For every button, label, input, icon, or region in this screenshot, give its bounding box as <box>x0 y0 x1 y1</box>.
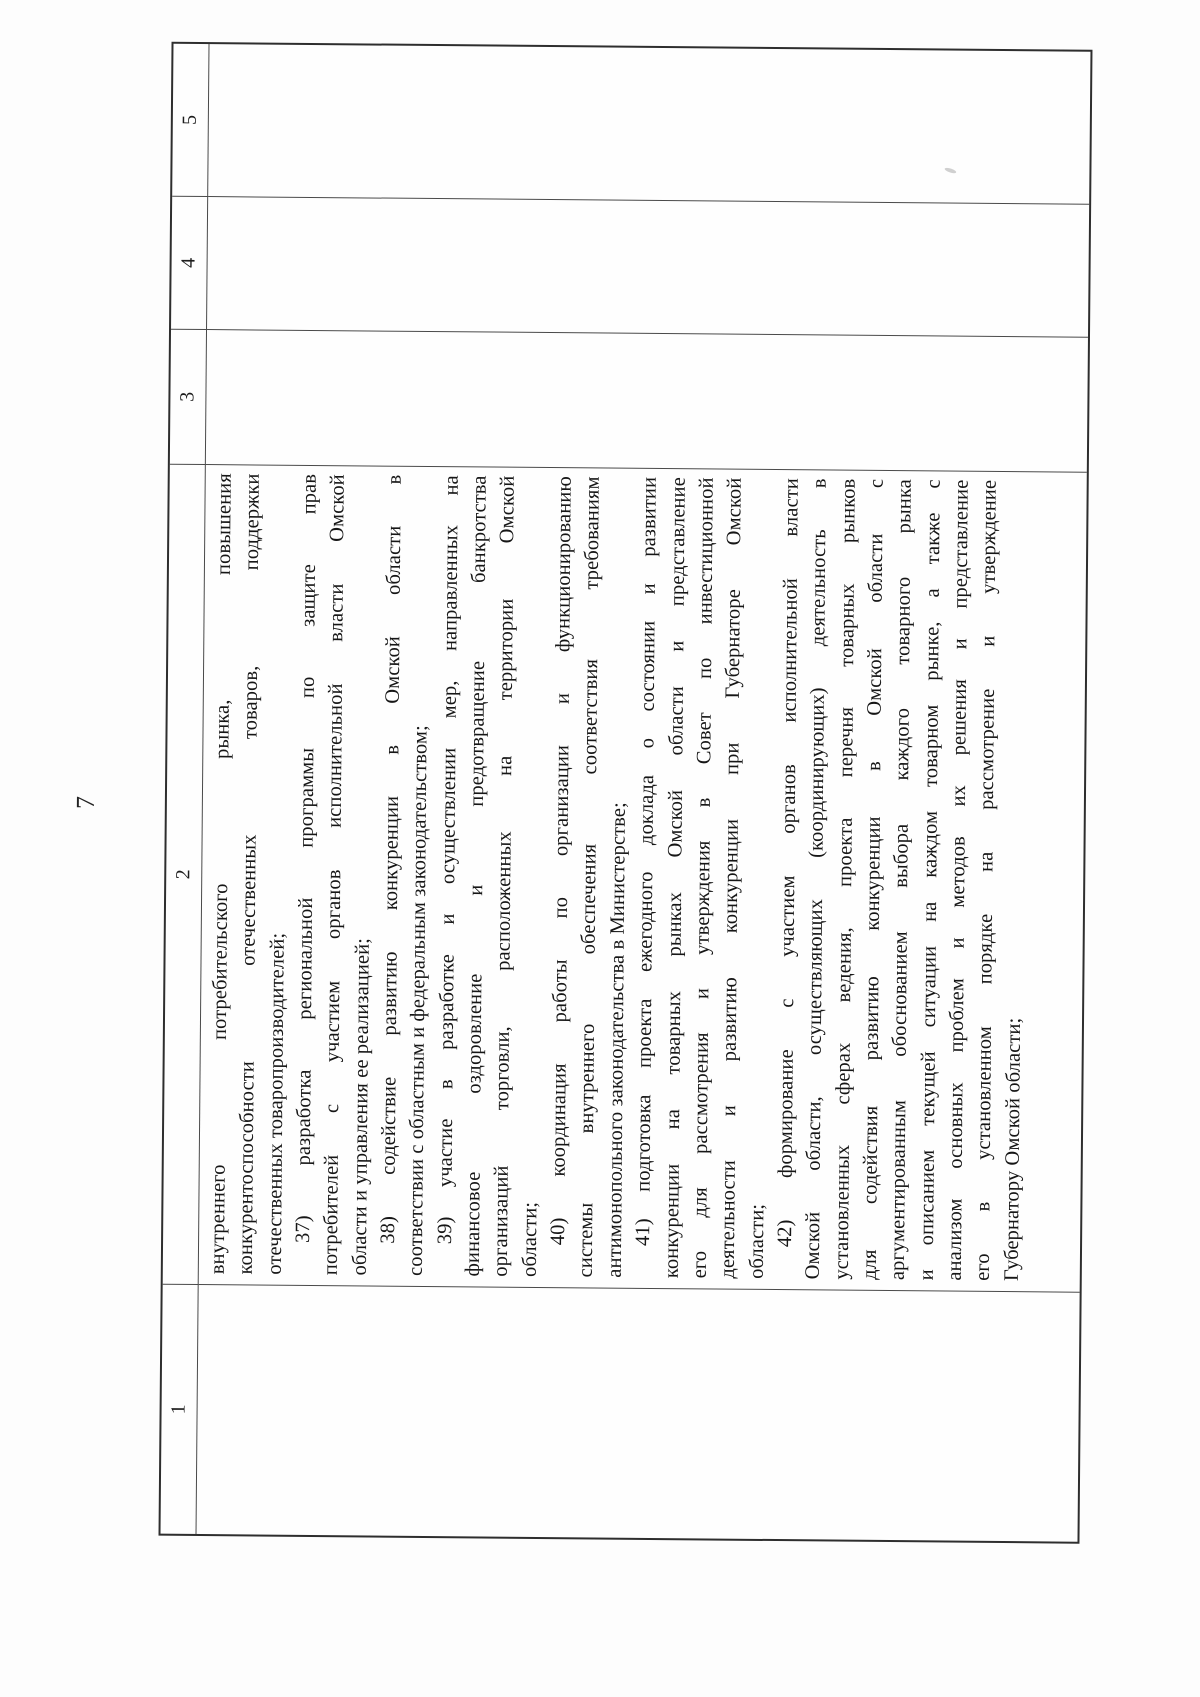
column-header-3: 3 <box>169 328 206 463</box>
column-header-1: 1 <box>160 1283 198 1533</box>
column-header-5: 5 <box>172 43 209 195</box>
table-cell-col1 <box>196 1284 1079 1542</box>
table-cell-col2: внутреннего потребительского рынка, повы… <box>198 464 1086 1292</box>
scanned-page: 7 12345внутреннего потребительского рынк… <box>0 0 1200 1697</box>
page-number: 7 <box>70 795 100 808</box>
table-cell-col4 <box>207 196 1089 337</box>
column-header-4: 4 <box>171 195 208 328</box>
table-cell-col5 <box>208 44 1090 204</box>
table-cell-col3 <box>205 329 1087 472</box>
functions-table: 12345внутреннего потребительского рынка,… <box>158 41 1092 1543</box>
document-sheet: 7 12345внутреннего потребительского рынк… <box>0 0 1200 1697</box>
